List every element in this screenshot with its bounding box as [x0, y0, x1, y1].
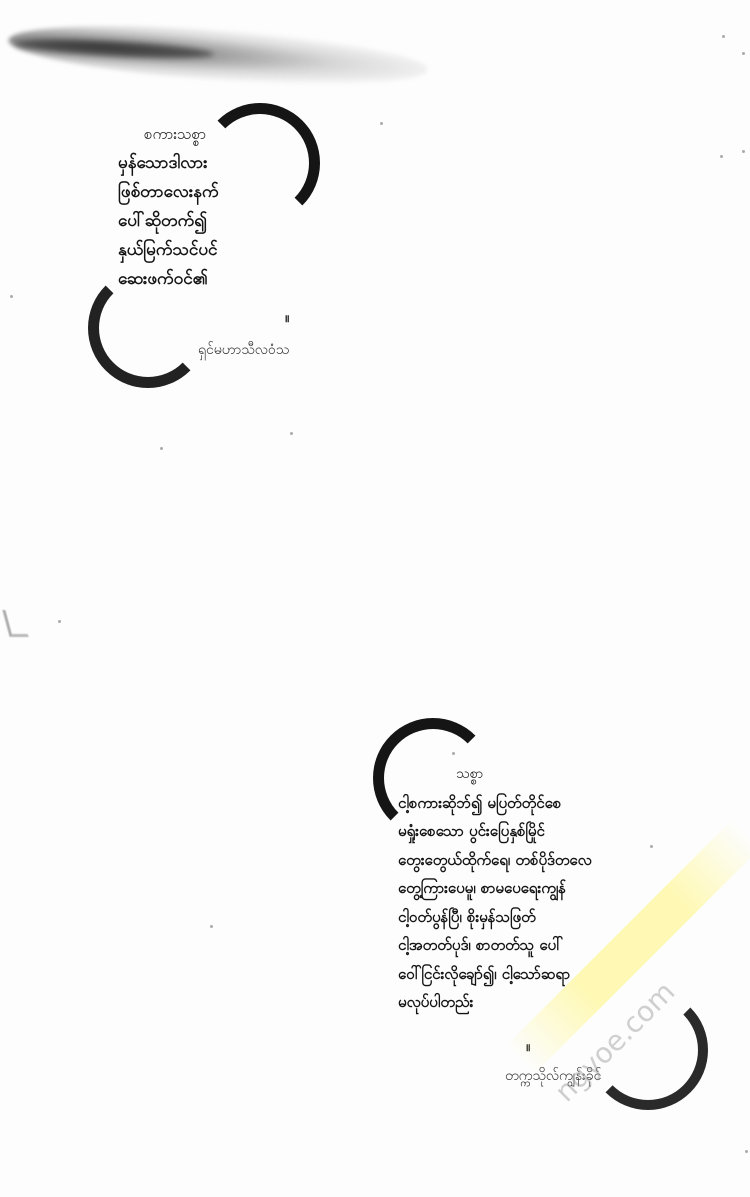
quote-top-end-mark: ။	[285, 308, 289, 329]
scan-smudge	[7, 15, 429, 94]
quote-bottom-line: တွေ့ကြားပေမူ၊ စာမပေရေးကျွန်	[398, 874, 592, 903]
quote-bottom-line: ငါ့စကားဆိုဘ်၍ မပြတ်တိုင်စေ	[398, 789, 592, 818]
quote-top-line: မှန်သောဒါလား	[118, 149, 219, 178]
speck	[650, 845, 653, 848]
quote-bottom-line: ငါ့ဝတ်ပွန်ပြီ၊ စိုးမှန်သဖြတ်	[398, 903, 592, 932]
quote-bottom-line: ငါ့အတတ်ပုဒ်၊ စာတတ်သူ ပေါ်	[398, 931, 592, 960]
quote-top-title: စကားသစ္စာ	[144, 120, 219, 149]
quote-bottom-title: သစ္စာ	[456, 760, 592, 789]
speck	[745, 1150, 748, 1153]
speck	[10, 295, 13, 298]
speck	[160, 447, 163, 450]
speck	[720, 155, 723, 158]
quote-bottom: သစ္စာ ငါ့စကားဆိုဘ်၍ မပြတ်တိုင်စေ မရှုံးစ…	[398, 760, 592, 1017]
quote-bottom-line: ဝေါ်ငြင်းလိုချော်၍၊ ငါ့သော်ဆရာ	[398, 960, 592, 989]
scanned-page: စကားသစ္စာ မှန်သောဒါလား ဖြစ်တာလေးနက် ပေါ်…	[0, 0, 750, 1197]
quote-bottom-line: မရှုံးစေသော ပွင်းပြေနှစ်မြိုင်	[398, 817, 592, 846]
quote-top-line: ပေါ်ဆိုတက်၍	[118, 207, 219, 236]
speck	[722, 35, 725, 38]
speck	[210, 925, 213, 928]
speck	[742, 52, 745, 55]
quote-top-attribution: ရှင်မဟာသီလဝံသ	[198, 340, 289, 361]
quote-close-arc	[88, 268, 208, 388]
speck	[58, 620, 61, 623]
margin-mark	[2, 610, 28, 637]
quote-top-line: နှယ်မြက်သင်ပင်	[118, 236, 219, 265]
speck	[742, 150, 745, 153]
speck	[380, 122, 383, 125]
speck	[290, 432, 293, 435]
quote-top-line: ဖြစ်တာလေးနက်	[118, 178, 219, 207]
quote-bottom-line: တွေးတွေယ်ထိုက်ရေ၊ တစ်ပိုဒ်တလေ	[398, 846, 592, 875]
quote-top: စကားသစ္စာ မှန်သောဒါလား ဖြစ်တာလေးနက် ပေါ်…	[118, 120, 219, 294]
